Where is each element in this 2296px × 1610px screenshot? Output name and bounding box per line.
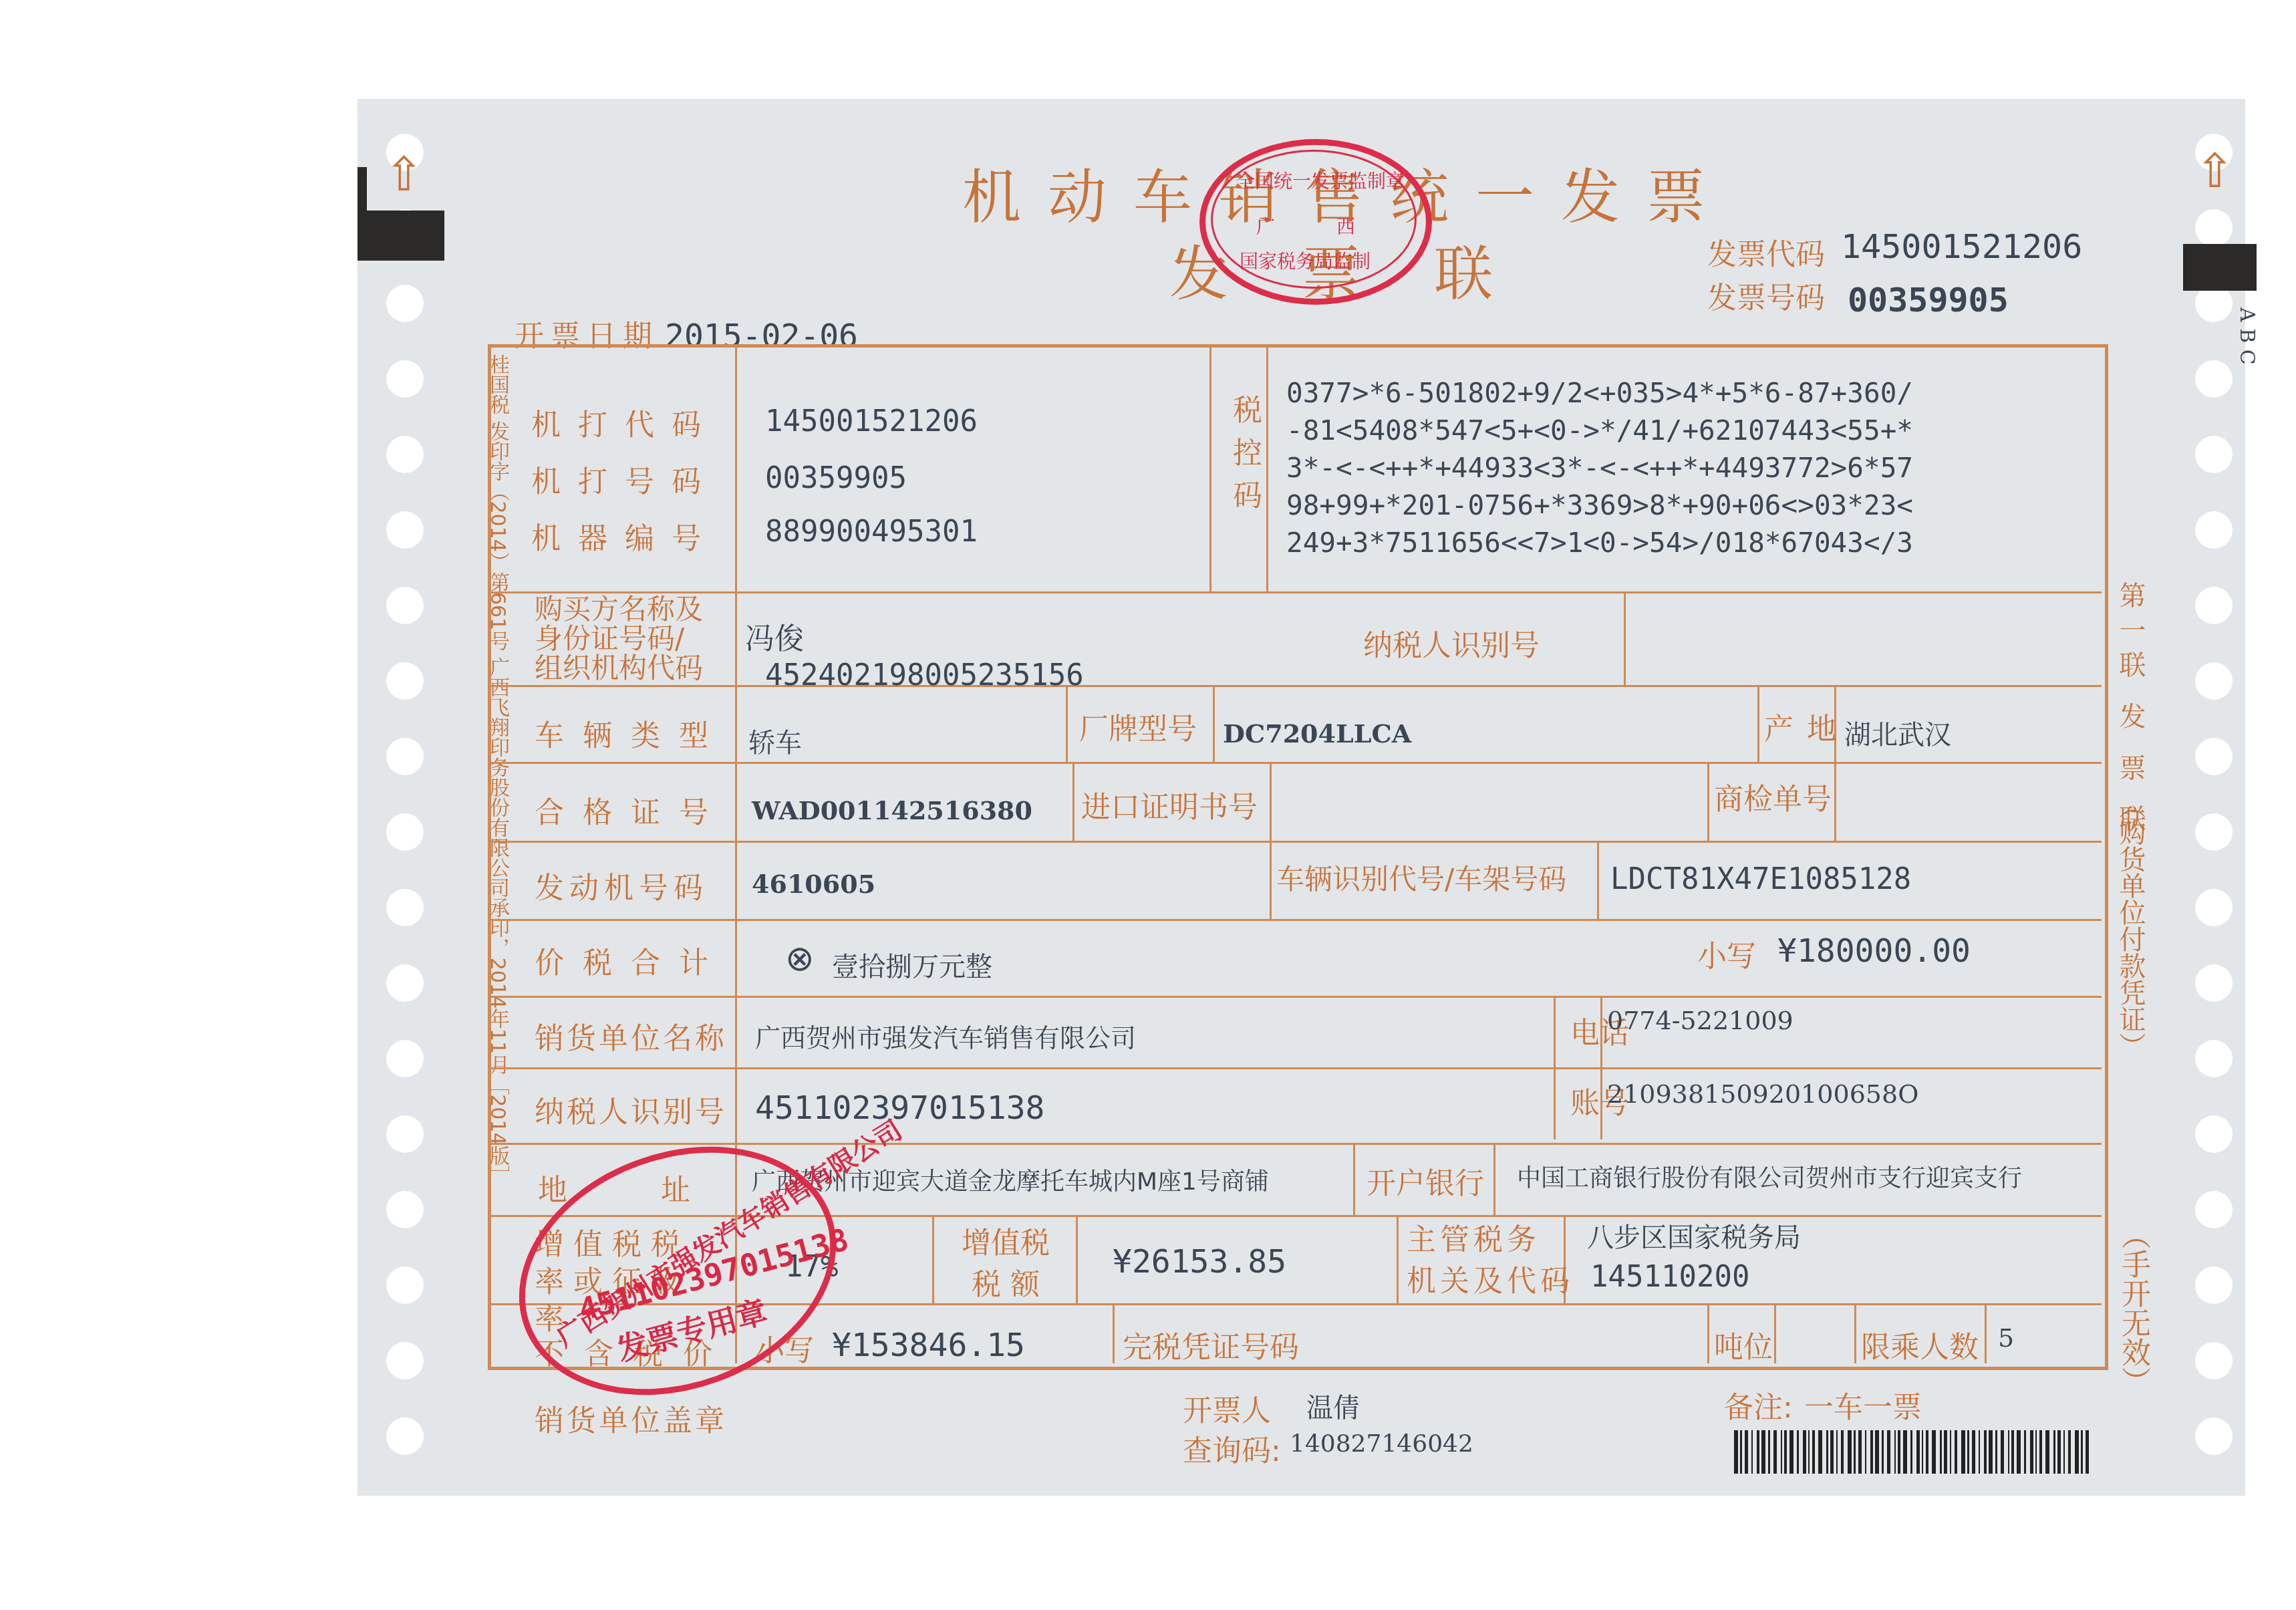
buyer-id: 452402198005235156 [765, 658, 1084, 692]
buyer-name: 冯俊 [745, 615, 804, 658]
tax-control-label: 税控码 [1223, 394, 1266, 523]
perforation-hole [2195, 1342, 2233, 1379]
perforation-hole [2195, 360, 2233, 398]
perforation-hole [2195, 436, 2233, 473]
vat-amount: ¥26153.85 [1113, 1243, 1286, 1281]
device-number: 889900495301 [765, 515, 978, 549]
perforation-hole [2195, 587, 2233, 624]
query-code-label: 查询码: [1183, 1427, 1281, 1470]
bank: 中国工商银行股份有限公司贺州市支行迎宾支行 [1517, 1160, 2022, 1194]
machine-number-label: 机打号码 [531, 458, 718, 501]
cert-number: WAD001142516380 [752, 795, 1032, 825]
total-label: 价税合计 [535, 939, 727, 982]
invoice-number-label: 发票号码 [1707, 274, 1825, 317]
perforation-hole [2195, 964, 2233, 1002]
model: DC7204LLCA [1223, 718, 1411, 749]
perforation-hole [386, 813, 424, 851]
perforation-hole [386, 1418, 424, 1455]
pre-tax-amount: ¥153846.15 [832, 1327, 1025, 1364]
total-lowercase: ¥180000.00 [1777, 932, 1971, 970]
perforation-hole [2195, 1040, 2233, 1077]
inspection-label: 商检单号 [1714, 775, 1832, 818]
tax-control-code: 0377>*6-501802+9/2<+035>4*+5*6-87+360/-8… [1286, 374, 1913, 561]
perforation-hole [2195, 511, 2233, 549]
tax-seal-bottom: 国家税务局监制 [1240, 247, 1371, 274]
tax-seal-top-text: 全国统一发票监制章 [1236, 167, 1405, 194]
perforation-hole [2195, 813, 2233, 851]
issuer-label: 开票人 [1183, 1387, 1271, 1430]
edge-letters: A B C [2235, 307, 2259, 365]
perforation-hole [386, 511, 424, 549]
perforation-hole [2195, 1115, 2233, 1153]
passengers-label: 限乘人数 [1861, 1323, 1979, 1366]
arrow-up-icon: ⇧ [384, 147, 424, 202]
perforation-hole [386, 738, 424, 775]
seller-taxpayer-id-label: 纳税人识别号 [535, 1088, 727, 1131]
invoice-number: 00359905 [1848, 281, 2009, 319]
machine-code-label: 机打代码 [531, 401, 718, 444]
tax-seal-left: 广 [1256, 213, 1275, 239]
perforation-hole [386, 964, 424, 1002]
vehicle-type-label: 车辆类型 [535, 712, 727, 755]
import-cert-label: 进口证明书号 [1081, 783, 1258, 826]
barcode [1734, 1430, 2092, 1474]
vin-label: 车辆识别代号/车架号码 [1276, 857, 1566, 898]
buyer-label: 购买方名称及身份证号码/组织机构代码 [535, 595, 703, 683]
registration-mark-right [2183, 244, 2257, 291]
seller-stamp-label: 销货单位盖章 [535, 1397, 727, 1440]
origin-label: 产地 [1764, 705, 1850, 748]
perforation-hole [2195, 889, 2233, 926]
tax-authority-code: 145110200 [1590, 1260, 1749, 1294]
remark: 一车一票 [1804, 1383, 1922, 1426]
perforation-hole [2195, 662, 2233, 700]
seller-name-label: 销货单位名称 [535, 1015, 727, 1057]
perforation-hole [386, 1266, 424, 1304]
perforation-hole [386, 1191, 424, 1228]
total-uppercase: 壹拾捌万元整 [832, 946, 992, 984]
perforation-hole [386, 1115, 424, 1153]
duty-paid-label: 完税凭证号码 [1123, 1323, 1299, 1366]
bank-label: 开户银行 [1367, 1160, 1484, 1202]
perforation-hole [2195, 738, 2233, 775]
perforation-hole [2195, 1418, 2233, 1455]
registration-mark-left [357, 211, 444, 261]
engine-label: 发动机号码 [535, 864, 708, 907]
invoice-code: 145001521206 [1841, 227, 2082, 266]
query-code: 140827146042 [1290, 1430, 1473, 1458]
registration-mark-left-stem [357, 167, 367, 261]
remark-label: 备注: [1724, 1383, 1793, 1426]
account-number: 210938150920100658O [1607, 1079, 1918, 1109]
cert-label: 合格证号 [535, 789, 727, 831]
manual-invalid-note: （手开无效） [2112, 1220, 2154, 1396]
invoice-code-label: 发票代码 [1707, 231, 1825, 273]
perforation-hole [386, 889, 424, 926]
vehicle-type: 轿车 [748, 722, 802, 760]
perforation-hole [386, 360, 424, 398]
perforation-hole [2195, 1266, 2233, 1304]
copy-note: （购货单位付款凭证） [2112, 792, 2150, 1059]
tax-seal-right: 西 [1336, 213, 1355, 239]
machine-number: 00359905 [765, 461, 907, 495]
vat-label: 增值税税 额 [952, 1223, 1059, 1306]
issuer-name: 温倩 [1306, 1387, 1360, 1425]
perforation-hole [386, 662, 424, 700]
perforation-hole [2195, 1191, 2233, 1228]
seller-name: 广西贺州市强发汽车销售有限公司 [755, 1017, 1136, 1054]
perforation-hole [386, 285, 424, 322]
arrow-up-icon: ⇧ [2195, 144, 2235, 198]
device-number-label: 机器编号 [531, 515, 718, 557]
seller-taxpayer-id: 451102397015138 [755, 1089, 1044, 1127]
phone: 0774-5221009 [1607, 1006, 1793, 1035]
tax-authority-label: 主管税务机关及代码 [1407, 1220, 1574, 1303]
tonnage-label: 吨位 [1714, 1323, 1773, 1366]
engine-number: 4610605 [752, 869, 875, 899]
origin: 湖北武汉 [1844, 714, 1951, 752]
total-lowercase-label: 小写 [1697, 932, 1756, 975]
tax-authority: 八步区国家税务局 [1587, 1216, 1801, 1254]
vin: LDCT81X47E1085128 [1610, 862, 1911, 896]
buyer-taxpayer-id-label: 纳税人识别号 [1363, 622, 1540, 664]
model-label: 厂牌型号 [1079, 705, 1197, 748]
perforation-hole [386, 1040, 424, 1077]
passenger-limit: 5 [1998, 1323, 2014, 1353]
perforation-hole [386, 587, 424, 624]
perforation-hole [386, 436, 424, 473]
perforation-hole [386, 1342, 424, 1379]
perforation-hole [2195, 209, 2233, 247]
circled-x-icon: ⊗ [785, 939, 815, 979]
machine-code: 145001521206 [765, 404, 978, 438]
